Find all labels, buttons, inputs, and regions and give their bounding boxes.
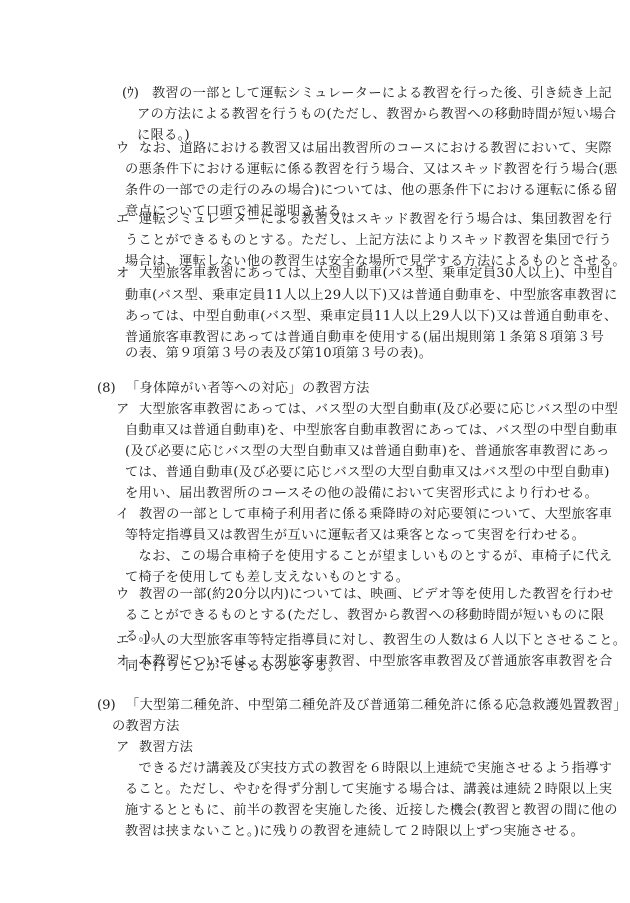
section-number: (9) — [97, 697, 116, 714]
text-line: 教習の一部として運転シミュレーターによる教習を行った後、引き続き上記 — [152, 85, 612, 102]
text-line: ては、普通自動車(及び必要に応じバス型の大型自動車又はバス型の中型自動車) — [125, 464, 610, 481]
list-marker: ア — [116, 739, 129, 756]
document-page: (ｳ) 教習の一部として運転シミュレーターによる教習を行った後、引き続き上記 ア… — [0, 0, 630, 903]
text-line: 普通旅客車教習にあっては普通自動車を使用する(届出規則第１条第８項第３号 — [125, 329, 604, 346]
text-line: 同で行うことができるものとする。 — [125, 658, 342, 675]
text-line: うことができるものとする。ただし、上記方法によりスキッド教習を集団で行う — [125, 232, 612, 249]
list-marker: エ — [116, 211, 129, 228]
list-marker: イ — [116, 506, 129, 523]
list-marker: オ — [116, 265, 129, 282]
text-line: (及び必要に応じバス型の大型自動車又は普通自動車)を、普通旅客車教習にあっ — [125, 443, 610, 460]
text-line: できるだけ講義及び実技方式の教習を６時限以上連続で実施させるよう指導す — [125, 760, 612, 777]
text-line: の悪条件下における運転に係る教習を行う場合、又はスキッド教習を行う場合(悪 — [125, 161, 618, 178]
text-line: 自動車又は普通自動車)を、中型旅客自動車教習にあっては、バス型の中型自動車 — [125, 422, 618, 439]
text-line: アの方法による教習を行うもの(ただし、教習から教習への移動時間が短い場合 — [137, 106, 616, 123]
list-marker: ウ — [116, 140, 129, 157]
text-line: 教習は挟まないこと。)に残りの教習を連続して２時限以上ずつ実施させる。 — [125, 823, 584, 840]
text-line: ること。ただし、やむを得ず分割して実施する場合は、講義は連続２時限以上実 — [125, 781, 612, 798]
text-line: 大型旅客車教習にあっては、大型自動車(バス型、乗車定員30人以上)、中型自 — [139, 265, 614, 282]
list-marker: (ｳ) — [122, 85, 139, 102]
text-line: 大型旅客車教習にあっては、バス型の大型自動車(及び必要に応じバス型の中型 — [139, 401, 618, 418]
text-line: て椅子を使用しても差し支えないものとする。 — [125, 569, 409, 586]
section-number: (8) — [97, 380, 116, 397]
text-line: を用い、届出教習所のコースその他の設備において実習形式により行わせる。 — [125, 485, 598, 502]
text-line: 条件の一部での走行のみの場合)については、他の悪条件下における運転に係る留 — [125, 182, 618, 199]
text-line: 教習の一部として車椅子利用者に係る乗降時の対応要領について、大型旅客車 — [139, 506, 612, 523]
text-line: 等特定指導員又は教習生が互いに運転者又は乗客となって実習を行わせる。 — [125, 527, 585, 544]
text-line: の表、第９項第３号の表及び第10項第３号の表)。 — [125, 345, 432, 362]
section-heading: の教習方法 — [112, 718, 180, 735]
text-line: 施するとともに、前半の教習を実施した後、近接した機会(教習と教習の間に他の — [125, 802, 618, 819]
list-marker: ア — [116, 401, 129, 418]
text-line: １人の大型旅客車等特定指導員に対し、教習生の人数は６人以下とさせること。 — [139, 632, 626, 649]
section-heading: 「身体障がい者等への対応」の教習方法 — [126, 380, 370, 397]
text-line: 教習の一部(約20分以内)については、映画、ビデオ等を使用した教習を行わせ — [139, 586, 614, 603]
item-heading: 教習方法 — [139, 739, 193, 756]
text-line: なお、道路における教習又は届出教習所のコースにおける教習において、実際 — [139, 140, 612, 157]
text-line: 運転シミュレーターによる教習又はスキッド教習を行う場合は、集団教習を行 — [139, 211, 612, 228]
text-line: あっては、中型自動車(バス型、乗車定員11人以上29人以下)又は普通自動車を、 — [125, 308, 618, 325]
list-marker: ウ — [116, 586, 129, 603]
text-line: ることができるものとする(ただし、教習から教習への移動時間が短いものに限 — [125, 607, 604, 624]
section-heading: 「大型第二種免許、中型第二種免許及び普通第二種免許に係る応急救護処置教習」 — [126, 697, 627, 714]
list-marker: エ — [116, 632, 129, 649]
text-line: 動車(バス型、乗車定員11人以上29人以下)又は普通自動車を、中型旅客車教習に — [125, 287, 618, 304]
text-line: なお、この場合車椅子を使用することが望ましいものとするが、車椅子に代え — [125, 548, 612, 565]
